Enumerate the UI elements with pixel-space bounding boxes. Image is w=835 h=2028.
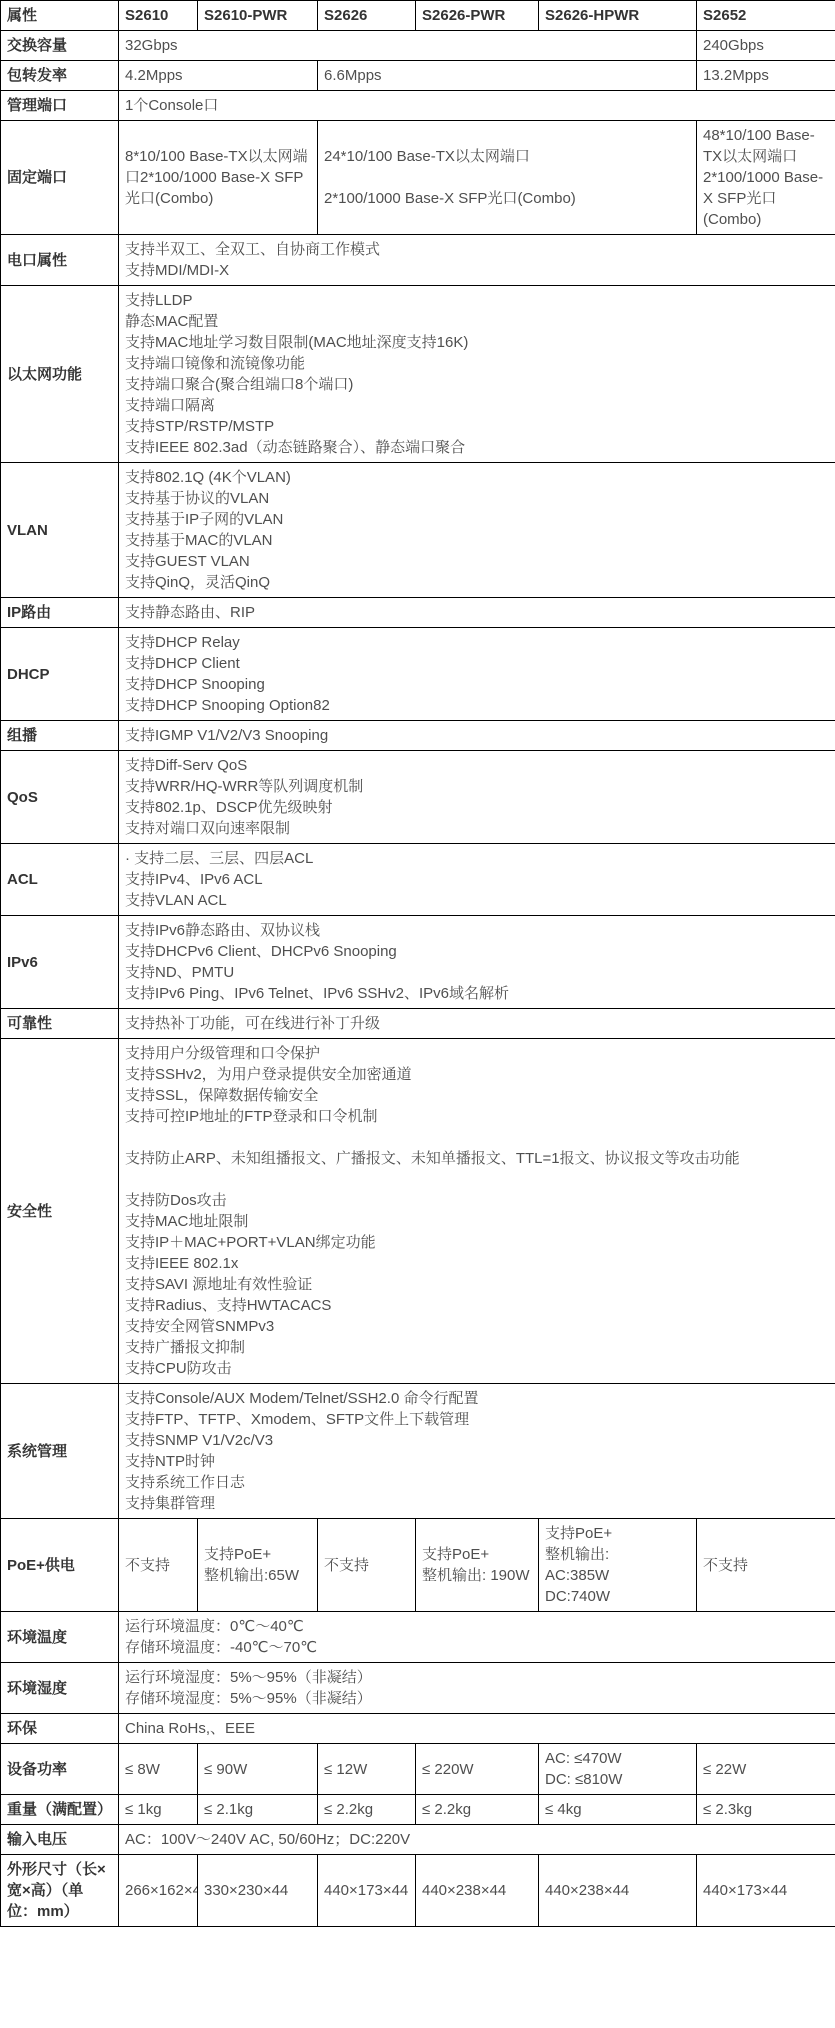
row-label: PoE+供电 <box>1 1519 119 1612</box>
row-label: 包转发率 <box>1 61 119 91</box>
row-label: 组播 <box>1 721 119 751</box>
spec-cell: · 支持二层、三层、四层ACL 支持IPv4、IPv6 ACL 支持VLAN A… <box>119 844 835 916</box>
spec-cell: 不支持 <box>318 1519 416 1612</box>
spec-cell: 8*10/100 Base-TX以太网端口2*100/1000 Base-X S… <box>119 121 318 235</box>
spec-cell: 1个Console口 <box>119 91 835 121</box>
spec-cell: 48*10/100 Base-TX以太网端口2*100/1000 Base-X … <box>697 121 835 235</box>
spec-cell: ≤ 90W <box>198 1744 318 1795</box>
spec-cell: 支持802.1Q (4K个VLAN) 支持基于协议的VLAN 支持基于IP子网的… <box>119 463 835 598</box>
col-header-s2626-pwr: S2626-PWR <box>416 1 539 31</box>
row-environmental: 环保 China RoHs,、EEE <box>1 1714 835 1744</box>
spec-cell: 支持IGMP V1/V2/V3 Snooping <box>119 721 835 751</box>
spec-cell: 支持PoE+ 整机输出:65W <box>198 1519 318 1612</box>
row-label: ACL <box>1 844 119 916</box>
row-input-voltage: 输入电压 AC：100V～240V AC, 50/60Hz；DC:220V <box>1 1825 835 1855</box>
spec-cell: 支持Diff-Serv QoS 支持WRR/HQ-WRR等队列调度机制 支持80… <box>119 751 835 844</box>
row-label: DHCP <box>1 628 119 721</box>
row-ipv6: IPv6 支持IPv6静态路由、双协议栈 支持DHCPv6 Client、DHC… <box>1 916 835 1009</box>
spec-cell: 支持IPv6静态路由、双协议栈 支持DHCPv6 Client、DHCPv6 S… <box>119 916 835 1009</box>
spec-cell: ≤ 2.1kg <box>198 1795 318 1825</box>
row-switching-capacity: 交换容量 32Gbps 240Gbps <box>1 31 835 61</box>
spec-cell: ≤ 2.2kg <box>416 1795 539 1825</box>
col-header-s2652: S2652 <box>697 1 835 31</box>
row-operating-humidity: 环境湿度 运行环境湿度：5%～95%（非凝结） 存储环境湿度：5%～95%（非凝… <box>1 1663 835 1714</box>
spec-cell: China RoHs,、EEE <box>119 1714 835 1744</box>
row-dimensions: 外形尺寸（长×宽×高）（单位：mm） 266×162×44 330×230×44… <box>1 1855 835 1927</box>
spec-cell: ≤ 4kg <box>539 1795 697 1825</box>
spec-cell: 不支持 <box>697 1519 835 1612</box>
spec-cell: 支持静态路由、RIP <box>119 598 835 628</box>
row-label: QoS <box>1 751 119 844</box>
spec-cell: 4.2Mpps <box>119 61 318 91</box>
spec-cell: 支持热补丁功能，可在线进行补丁升级 <box>119 1009 835 1039</box>
spec-cell: 支持用户分级管理和口令保护 支持SSHv2，为用户登录提供安全加密通道 支持SS… <box>119 1039 835 1384</box>
row-label: VLAN <box>1 463 119 598</box>
row-label: 输入电压 <box>1 1825 119 1855</box>
row-weight: 重量（满配置） ≤ 1kg ≤ 2.1kg ≤ 2.2kg ≤ 2.2kg ≤ … <box>1 1795 835 1825</box>
row-ip-routing: IP路由 支持静态路由、RIP <box>1 598 835 628</box>
spec-cell: ≤ 22W <box>697 1744 835 1795</box>
spec-cell: 支持DHCP Relay 支持DHCP Client 支持DHCP Snoopi… <box>119 628 835 721</box>
row-system-management: 系统管理 支持Console/AUX Modem/Telnet/SSH2.0 命… <box>1 1384 835 1519</box>
col-header-s2610: S2610 <box>119 1 198 31</box>
spec-cell: AC: ≤470W DC: ≤810W <box>539 1744 697 1795</box>
spec-cell: 支持LLDP 静态MAC配置 支持MAC地址学习数目限制(MAC地址深度支持16… <box>119 286 835 463</box>
row-label: 环境温度 <box>1 1612 119 1663</box>
col-header-s2610-pwr: S2610-PWR <box>198 1 318 31</box>
row-label: 交换容量 <box>1 31 119 61</box>
row-label: 固定端口 <box>1 121 119 235</box>
spec-cell: 440×238×44 <box>416 1855 539 1927</box>
row-label: IPv6 <box>1 916 119 1009</box>
row-qos: QoS 支持Diff-Serv QoS 支持WRR/HQ-WRR等队列调度机制 … <box>1 751 835 844</box>
row-label: 外形尺寸（长×宽×高）（单位：mm） <box>1 1855 119 1927</box>
spec-cell: 运行环境湿度：5%～95%（非凝结） 存储环境湿度：5%～95%（非凝结） <box>119 1663 835 1714</box>
row-label: 可靠性 <box>1 1009 119 1039</box>
spec-cell: AC：100V～240V AC, 50/60Hz；DC:220V <box>119 1825 835 1855</box>
row-operating-temperature: 环境温度 运行环境温度：0℃～40℃ 存储环境温度：-40℃～70℃ <box>1 1612 835 1663</box>
spec-cell: ≤ 2.2kg <box>318 1795 416 1825</box>
spec-cell: 运行环境温度：0℃～40℃ 存储环境温度：-40℃～70℃ <box>119 1612 835 1663</box>
spec-table: 属性 S2610 S2610-PWR S2626 S2626-PWR S2626… <box>0 0 835 1927</box>
row-poe-power: PoE+供电 不支持 支持PoE+ 整机输出:65W 不支持 支持PoE+ 整机… <box>1 1519 835 1612</box>
row-reliability: 可靠性 支持热补丁功能，可在线进行补丁升级 <box>1 1009 835 1039</box>
spec-cell: 240Gbps <box>697 31 835 61</box>
spec-cell: 32Gbps <box>119 31 697 61</box>
spec-cell: ≤ 8W <box>119 1744 198 1795</box>
spec-cell: 支持Console/AUX Modem/Telnet/SSH2.0 命令行配置 … <box>119 1384 835 1519</box>
row-multicast: 组播 支持IGMP V1/V2/V3 Snooping <box>1 721 835 751</box>
spec-cell: 330×230×44 <box>198 1855 318 1927</box>
spec-cell: ≤ 2.3kg <box>697 1795 835 1825</box>
row-electrical-port-attributes: 电口属性 支持半双工、全双工、自协商工作模式 支持MDI/MDI-X <box>1 235 835 286</box>
row-security: 安全性 支持用户分级管理和口令保护 支持SSHv2，为用户登录提供安全加密通道 … <box>1 1039 835 1384</box>
row-fixed-ports: 固定端口 8*10/100 Base-TX以太网端口2*100/1000 Bas… <box>1 121 835 235</box>
row-ethernet-features: 以太网功能 支持LLDP 静态MAC配置 支持MAC地址学习数目限制(MAC地址… <box>1 286 835 463</box>
col-header-s2626: S2626 <box>318 1 416 31</box>
row-label: 环境湿度 <box>1 1663 119 1714</box>
spec-cell: 440×173×44 <box>697 1855 835 1927</box>
row-packet-forwarding-rate: 包转发率 4.2Mpps 6.6Mpps 13.2Mpps <box>1 61 835 91</box>
row-label: 以太网功能 <box>1 286 119 463</box>
row-label: 重量（满配置） <box>1 1795 119 1825</box>
spec-cell: 支持PoE+ 整机输出: 190W <box>416 1519 539 1612</box>
row-vlan: VLAN 支持802.1Q (4K个VLAN) 支持基于协议的VLAN 支持基于… <box>1 463 835 598</box>
spec-cell: 24*10/100 Base-TX以太网端口 2*100/1000 Base-X… <box>318 121 697 235</box>
spec-cell: 440×173×44 <box>318 1855 416 1927</box>
header-row: 属性 S2610 S2610-PWR S2626 S2626-PWR S2626… <box>1 1 835 31</box>
row-label: 安全性 <box>1 1039 119 1384</box>
col-header-s2626-hpwr: S2626-HPWR <box>539 1 697 31</box>
spec-cell: ≤ 12W <box>318 1744 416 1795</box>
col-header-attribute: 属性 <box>1 1 119 31</box>
spec-cell: 6.6Mpps <box>318 61 697 91</box>
row-label: 管理端口 <box>1 91 119 121</box>
spec-cell: ≤ 220W <box>416 1744 539 1795</box>
row-device-power: 设备功率 ≤ 8W ≤ 90W ≤ 12W ≤ 220W AC: ≤470W D… <box>1 1744 835 1795</box>
row-label: IP路由 <box>1 598 119 628</box>
spec-cell: 不支持 <box>119 1519 198 1612</box>
row-management-port: 管理端口 1个Console口 <box>1 91 835 121</box>
spec-cell: ≤ 1kg <box>119 1795 198 1825</box>
spec-cell: 266×162×44 <box>119 1855 198 1927</box>
row-acl: ACL · 支持二层、三层、四层ACL 支持IPv4、IPv6 ACL 支持VL… <box>1 844 835 916</box>
row-label: 电口属性 <box>1 235 119 286</box>
row-label: 设备功率 <box>1 1744 119 1795</box>
spec-cell: 支持半双工、全双工、自协商工作模式 支持MDI/MDI-X <box>119 235 835 286</box>
spec-cell: 支持PoE+ 整机输出: AC:385W DC:740W <box>539 1519 697 1612</box>
spec-cell: 440×238×44 <box>539 1855 697 1927</box>
spec-cell: 13.2Mpps <box>697 61 835 91</box>
row-label: 环保 <box>1 1714 119 1744</box>
row-label: 系统管理 <box>1 1384 119 1519</box>
row-dhcp: DHCP 支持DHCP Relay 支持DHCP Client 支持DHCP S… <box>1 628 835 721</box>
